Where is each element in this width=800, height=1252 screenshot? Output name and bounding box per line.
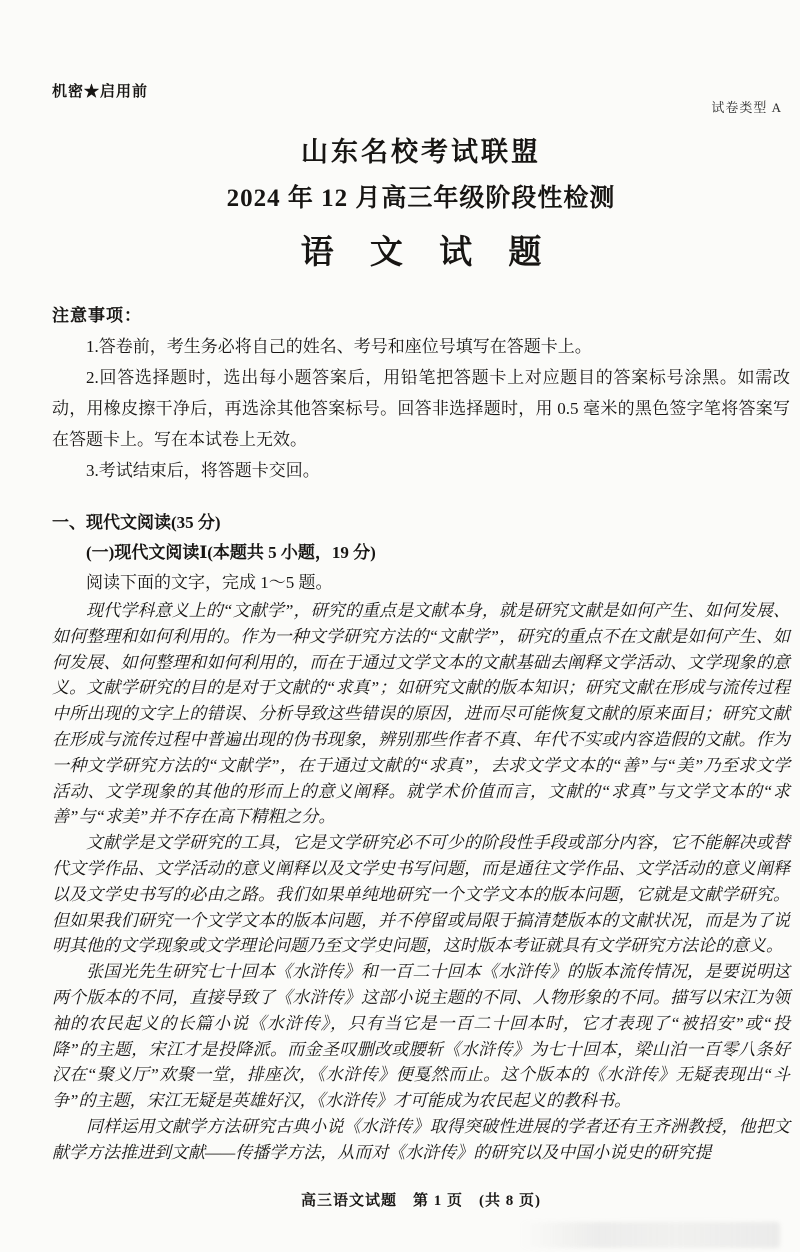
paper-type-label: 试卷类型 A [711, 97, 782, 116]
page-footer: 高三语文试题 第 1 页 (共 8 页) [52, 1189, 790, 1210]
secrecy-label: 机密★启用前 [52, 80, 148, 101]
notice-item-3: 3.考试结束后，将答题卡交回。 [52, 455, 790, 486]
exam-paper-page: 机密★启用前 试卷类型 A 山东名校考试联盟 2024 年 12 月高三年级阶段… [0, 0, 800, 1252]
notice-section: 注意事项： 1.答卷前，考生务必将自己的姓名、考号和座位号填写在答题卡上。 2.… [52, 301, 790, 486]
notice-heading: 注意事项： [52, 301, 790, 331]
sub-heading: (一)现代文阅读Ⅰ(本题共 5 小题，19 分) [52, 538, 790, 568]
passage-paragraph-3: 张国光先生研究七十回本《水浒传》和一百二十回本《水浒传》的版本流传情况，是要说明… [52, 959, 790, 1114]
page-top-row: 机密★启用前 试卷类型 A [52, 80, 790, 118]
passage-paragraph-1: 现代学科意义上的“文献学”，研究的重点是文献本身，就是研究文献是如何产生、如何发… [52, 598, 790, 830]
passage-paragraph-4: 同样运用文献学方法研究古典小说《水浒传》取得突破性进展的学者还有王齐洲教授，他把… [52, 1114, 790, 1166]
notice-item-2: 2.回答选择题时，选出每小题答案后，用铅笔把答题卡上对应题目的答案标号涂黑。如需… [52, 362, 790, 455]
reading-instruction: 阅读下面的文字，完成 1～5 题。 [52, 568, 790, 598]
passage-paragraph-2: 文献学是文学研究的工具，它是文学研究必不可少的阶段性手段或部分内容，它不能解决或… [52, 830, 790, 959]
exam-session-title: 2024 年 12 月高三年级阶段性检测 [52, 178, 790, 214]
reading-passage: 现代学科意义上的“文献学”，研究的重点是文献本身，就是研究文献是如何产生、如何发… [52, 598, 790, 1166]
watermark [520, 1222, 780, 1248]
subject-title: 语 文 试 题 [52, 226, 790, 273]
part-heading: 一、现代文阅读(35 分) [52, 508, 790, 538]
reading-section: 一、现代文阅读(35 分) (一)现代文阅读Ⅰ(本题共 5 小题，19 分) 阅… [52, 508, 790, 1166]
org-title: 山东名校考试联盟 [52, 130, 790, 169]
notice-item-1: 1.答卷前，考生务必将自己的姓名、考号和座位号填写在答题卡上。 [52, 331, 790, 362]
